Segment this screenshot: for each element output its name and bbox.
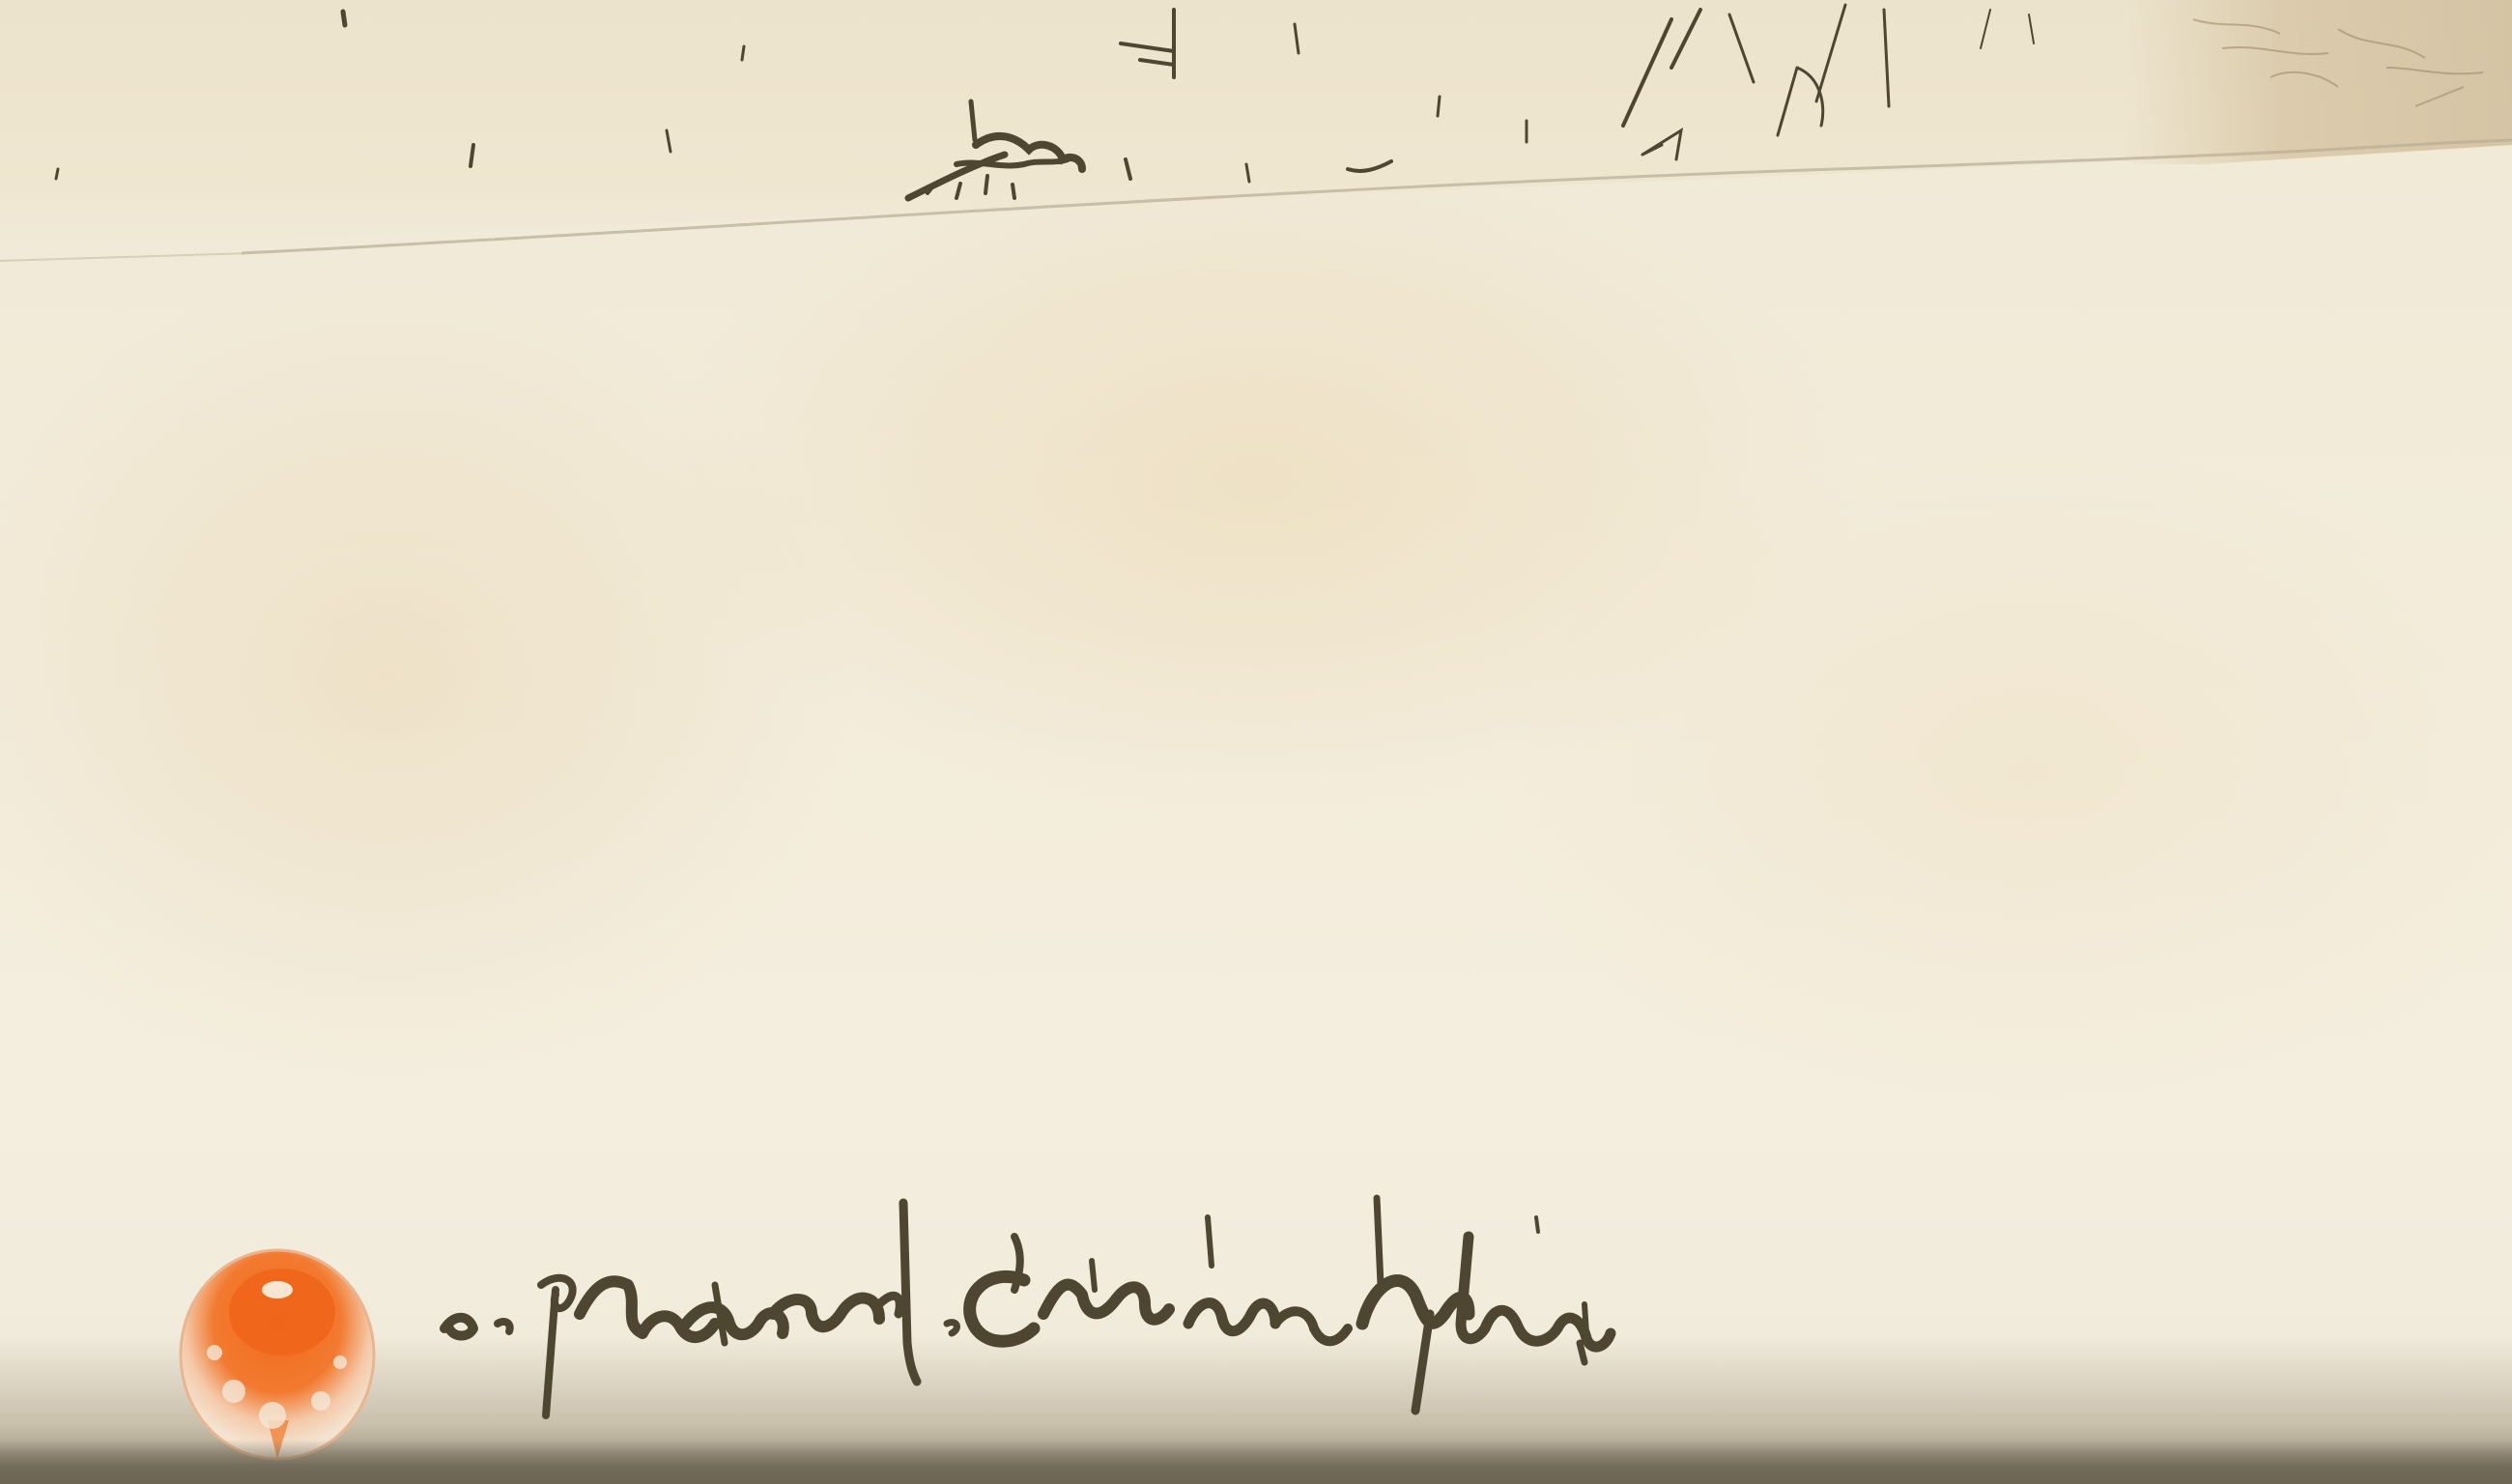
aged-paper-photo: Aged paper margin below a printed image,… xyxy=(0,0,2512,1484)
seal-stamp xyxy=(176,1246,384,1464)
frame-bottom-shadow xyxy=(0,1440,2512,1484)
handwritten-inscription xyxy=(425,1169,2377,1430)
print-strokes-and-plate-mark xyxy=(0,0,2512,290)
